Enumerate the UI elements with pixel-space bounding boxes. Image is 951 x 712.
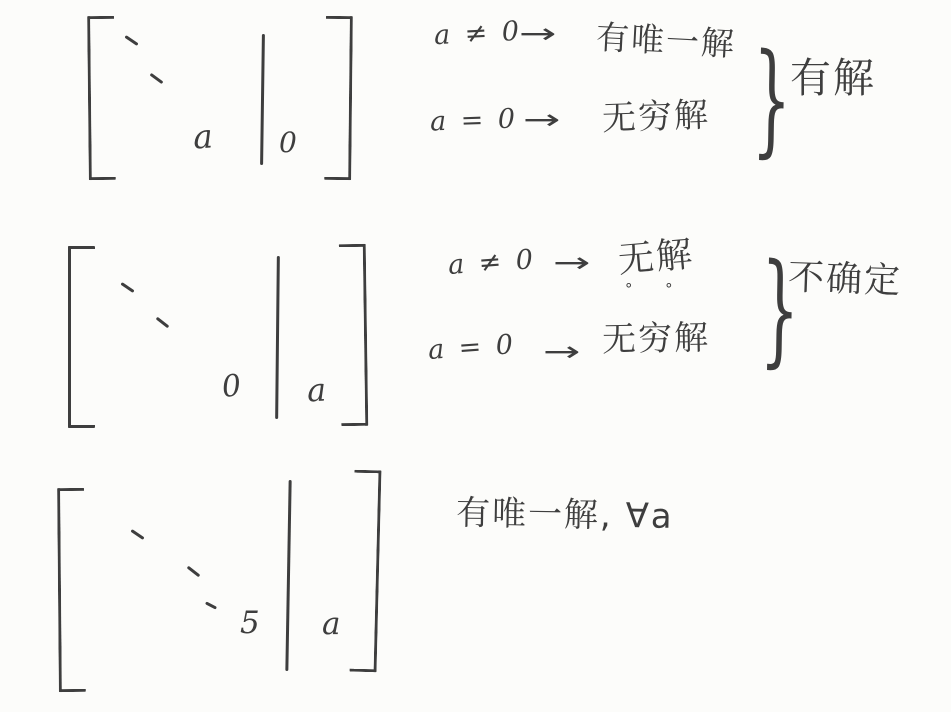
augment-separator — [285, 480, 291, 671]
diagonal-dot — [150, 73, 164, 84]
rhs-entry: 0 — [279, 129, 297, 157]
left-bracket — [87, 16, 116, 180]
rhs-entry: a — [322, 609, 340, 640]
arrow-icon: → — [543, 338, 581, 366]
pivot-entry: 0 — [220, 371, 242, 403]
rhs-entry: a — [306, 374, 327, 407]
diagonal-dot — [156, 317, 170, 329]
case-condition: a = 0 — [427, 331, 517, 364]
diagonal-dot — [130, 529, 144, 540]
conclusion-label: 不确定 — [787, 260, 902, 300]
arrow-icon: → — [553, 249, 591, 277]
left-bracket — [57, 488, 86, 692]
right-bracket — [324, 16, 353, 180]
diagonal-dot — [124, 35, 138, 46]
arrow-icon: → — [523, 106, 561, 134]
pivot-entry: 5 — [240, 608, 260, 639]
case-result: 无穷解 — [602, 321, 711, 357]
case-result: 有唯一解 — [595, 20, 737, 60]
case-condition: a ≠ 0 — [447, 246, 537, 279]
conclusion-label: 有解 — [790, 58, 876, 99]
diagonal-dot — [205, 601, 217, 609]
right-bracket — [350, 470, 382, 673]
case-result: 无解 — [617, 237, 696, 279]
diagonal-dot — [120, 282, 134, 293]
conclusion-label: 有唯一解, ∀a — [456, 496, 674, 534]
case-condition: a = 0 — [430, 105, 519, 135]
augment-separator — [260, 34, 264, 165]
emphasis-dots: ∘ ∘ — [624, 278, 687, 293]
augment-separator — [275, 256, 279, 419]
pivot-entry: a — [192, 119, 214, 153]
notebook-page: { "note": { "ink": "#3e3e3e", "paper": "… — [0, 0, 951, 712]
case-result: 无穷解 — [601, 98, 710, 136]
left-bracket — [68, 246, 95, 428]
brace-icon: } — [752, 51, 792, 149]
arrow-icon: → — [519, 20, 557, 48]
case-condition: a ≠ 0 — [433, 18, 522, 50]
diagonal-dot — [187, 566, 201, 578]
right-bracket — [339, 244, 369, 426]
